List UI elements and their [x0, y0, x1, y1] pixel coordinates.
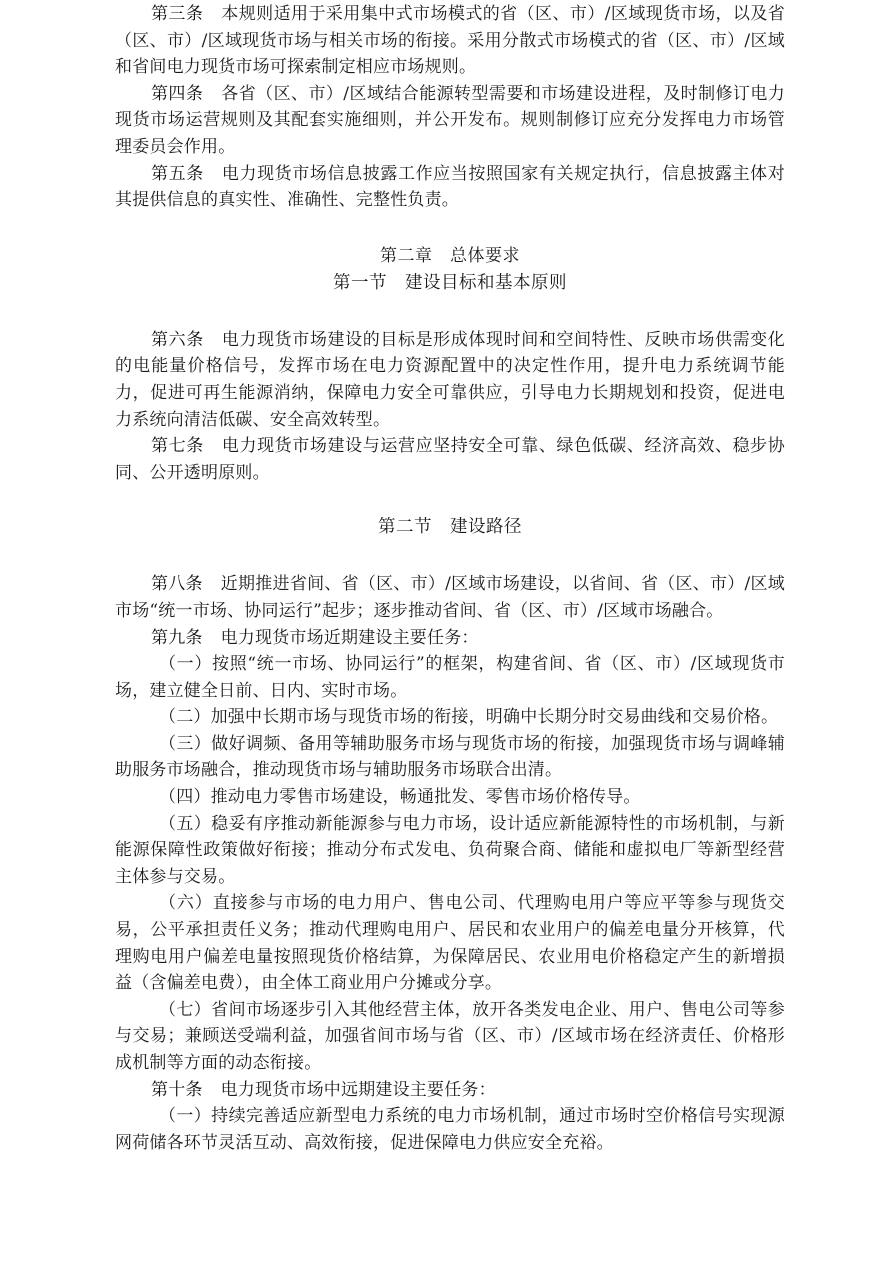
- document-page: 第三条本规则适用于采用集中式市场模式的省（区、市）/区域现货市场，以及省（区、市…: [115, 0, 785, 1156]
- article-4: 第四条各省（区、市）/区域结合能源转型需要和市场建设进程，及时制修订电力现货市场…: [115, 81, 785, 161]
- article-label: 第五条: [151, 164, 204, 184]
- article-text: 电力现货市场建设的目标是形成体现时间和空间特性、反映市场供需变化的电能量价格信号…: [115, 330, 785, 430]
- article-9-item-2: （二）加强中长期市场与现货市场的衔接，明确中长期分时交易曲线和交易价格。: [115, 704, 785, 731]
- article-text: 电力现货市场近期建设主要任务：: [221, 628, 479, 648]
- article-text: 本规则适用于采用集中式市场模式的省（区、市）/区域现货市场，以及省（区、市）/区…: [115, 4, 785, 77]
- article-9-item-3: （三）做好调频、备用等辅助服务市场与现货市场的衔接，加强现货市场与调峰辅助服务市…: [115, 731, 785, 784]
- article-label: 第八条: [151, 574, 203, 594]
- article-label: 第四条: [151, 84, 203, 104]
- article-8: 第八条近期推进省间、省（区、市）/区域市场建设，以省间、省（区、市）/区域市场“…: [115, 571, 785, 624]
- spacer: [115, 214, 785, 243]
- article-text: 电力现货市场中远期建设主要任务：: [221, 1080, 496, 1100]
- article-9-item-4: （四）推动电力零售市场建设，畅通批发、零售市场价格传导。: [115, 784, 785, 811]
- spacer: [115, 486, 785, 513]
- article-9-item-1: （一）按照“统一市场、协同运行”的框架，构建省间、省（区、市）/区域现货市场，建…: [115, 651, 785, 704]
- article-text: 电力现货市场建设与运营应坚持安全可靠、绿色低碳、经济高效、稳步协同、公开透明原则…: [115, 436, 785, 483]
- article-text: 电力现货市场信息披露工作应当按照国家有关规定执行，信息披露主体对其提供信息的真实…: [115, 164, 785, 211]
- article-label: 第六条: [151, 330, 204, 350]
- spacer: [115, 541, 785, 571]
- article-label: 第七条: [151, 436, 204, 456]
- article-6: 第六条电力现货市场建设的目标是形成体现时间和空间特性、反映市场供需变化的电能量价…: [115, 327, 785, 433]
- article-label: 第三条: [151, 4, 203, 24]
- article-label: 第九条: [151, 628, 203, 648]
- section-title-1: 第一节 建设目标和基本原则: [115, 269, 785, 297]
- article-10: 第十条电力现货市场中远期建设主要任务：: [115, 1077, 785, 1104]
- chapter-title: 第二章 总体要求: [115, 243, 785, 269]
- article-10-item-1: （一）持续完善适应新型电力系统的电力市场机制，通过市场时空价格信号实现源网荷储各…: [115, 1103, 785, 1156]
- article-text: 近期推进省间、省（区、市）/区域市场建设，以省间、省（区、市）/区域市场“统一市…: [115, 574, 785, 621]
- article-7: 第七条电力现货市场建设与运营应坚持安全可靠、绿色低碳、经济高效、稳步协同、公开透…: [115, 433, 785, 486]
- article-label: 第十条: [151, 1080, 203, 1100]
- article-text: 各省（区、市）/区域结合能源转型需要和市场建设进程，及时制修订电力现货市场运营规…: [115, 84, 785, 157]
- article-9-item-5: （五）稳妥有序推动新能源参与电力市场，设计适应新能源特性的市场机制，与新能源保障…: [115, 811, 785, 891]
- article-5: 第五条电力现货市场信息披露工作应当按照国家有关规定执行，信息披露主体对其提供信息…: [115, 161, 785, 214]
- section-title-2: 第二节 建设路径: [115, 513, 785, 541]
- article-9: 第九条电力现货市场近期建设主要任务：: [115, 625, 785, 652]
- spacer: [115, 297, 785, 327]
- article-9-item-6: （六）直接参与市场的电力用户、售电公司、代理购电用户等应平等参与现货交易，公平承…: [115, 890, 785, 996]
- article-9-item-7: （七）省间市场逐步引入其他经营主体，放开各类发电企业、用户、售电公司等参与交易；…: [115, 997, 785, 1077]
- article-3: 第三条本规则适用于采用集中式市场模式的省（区、市）/区域现货市场，以及省（区、市…: [115, 1, 785, 81]
